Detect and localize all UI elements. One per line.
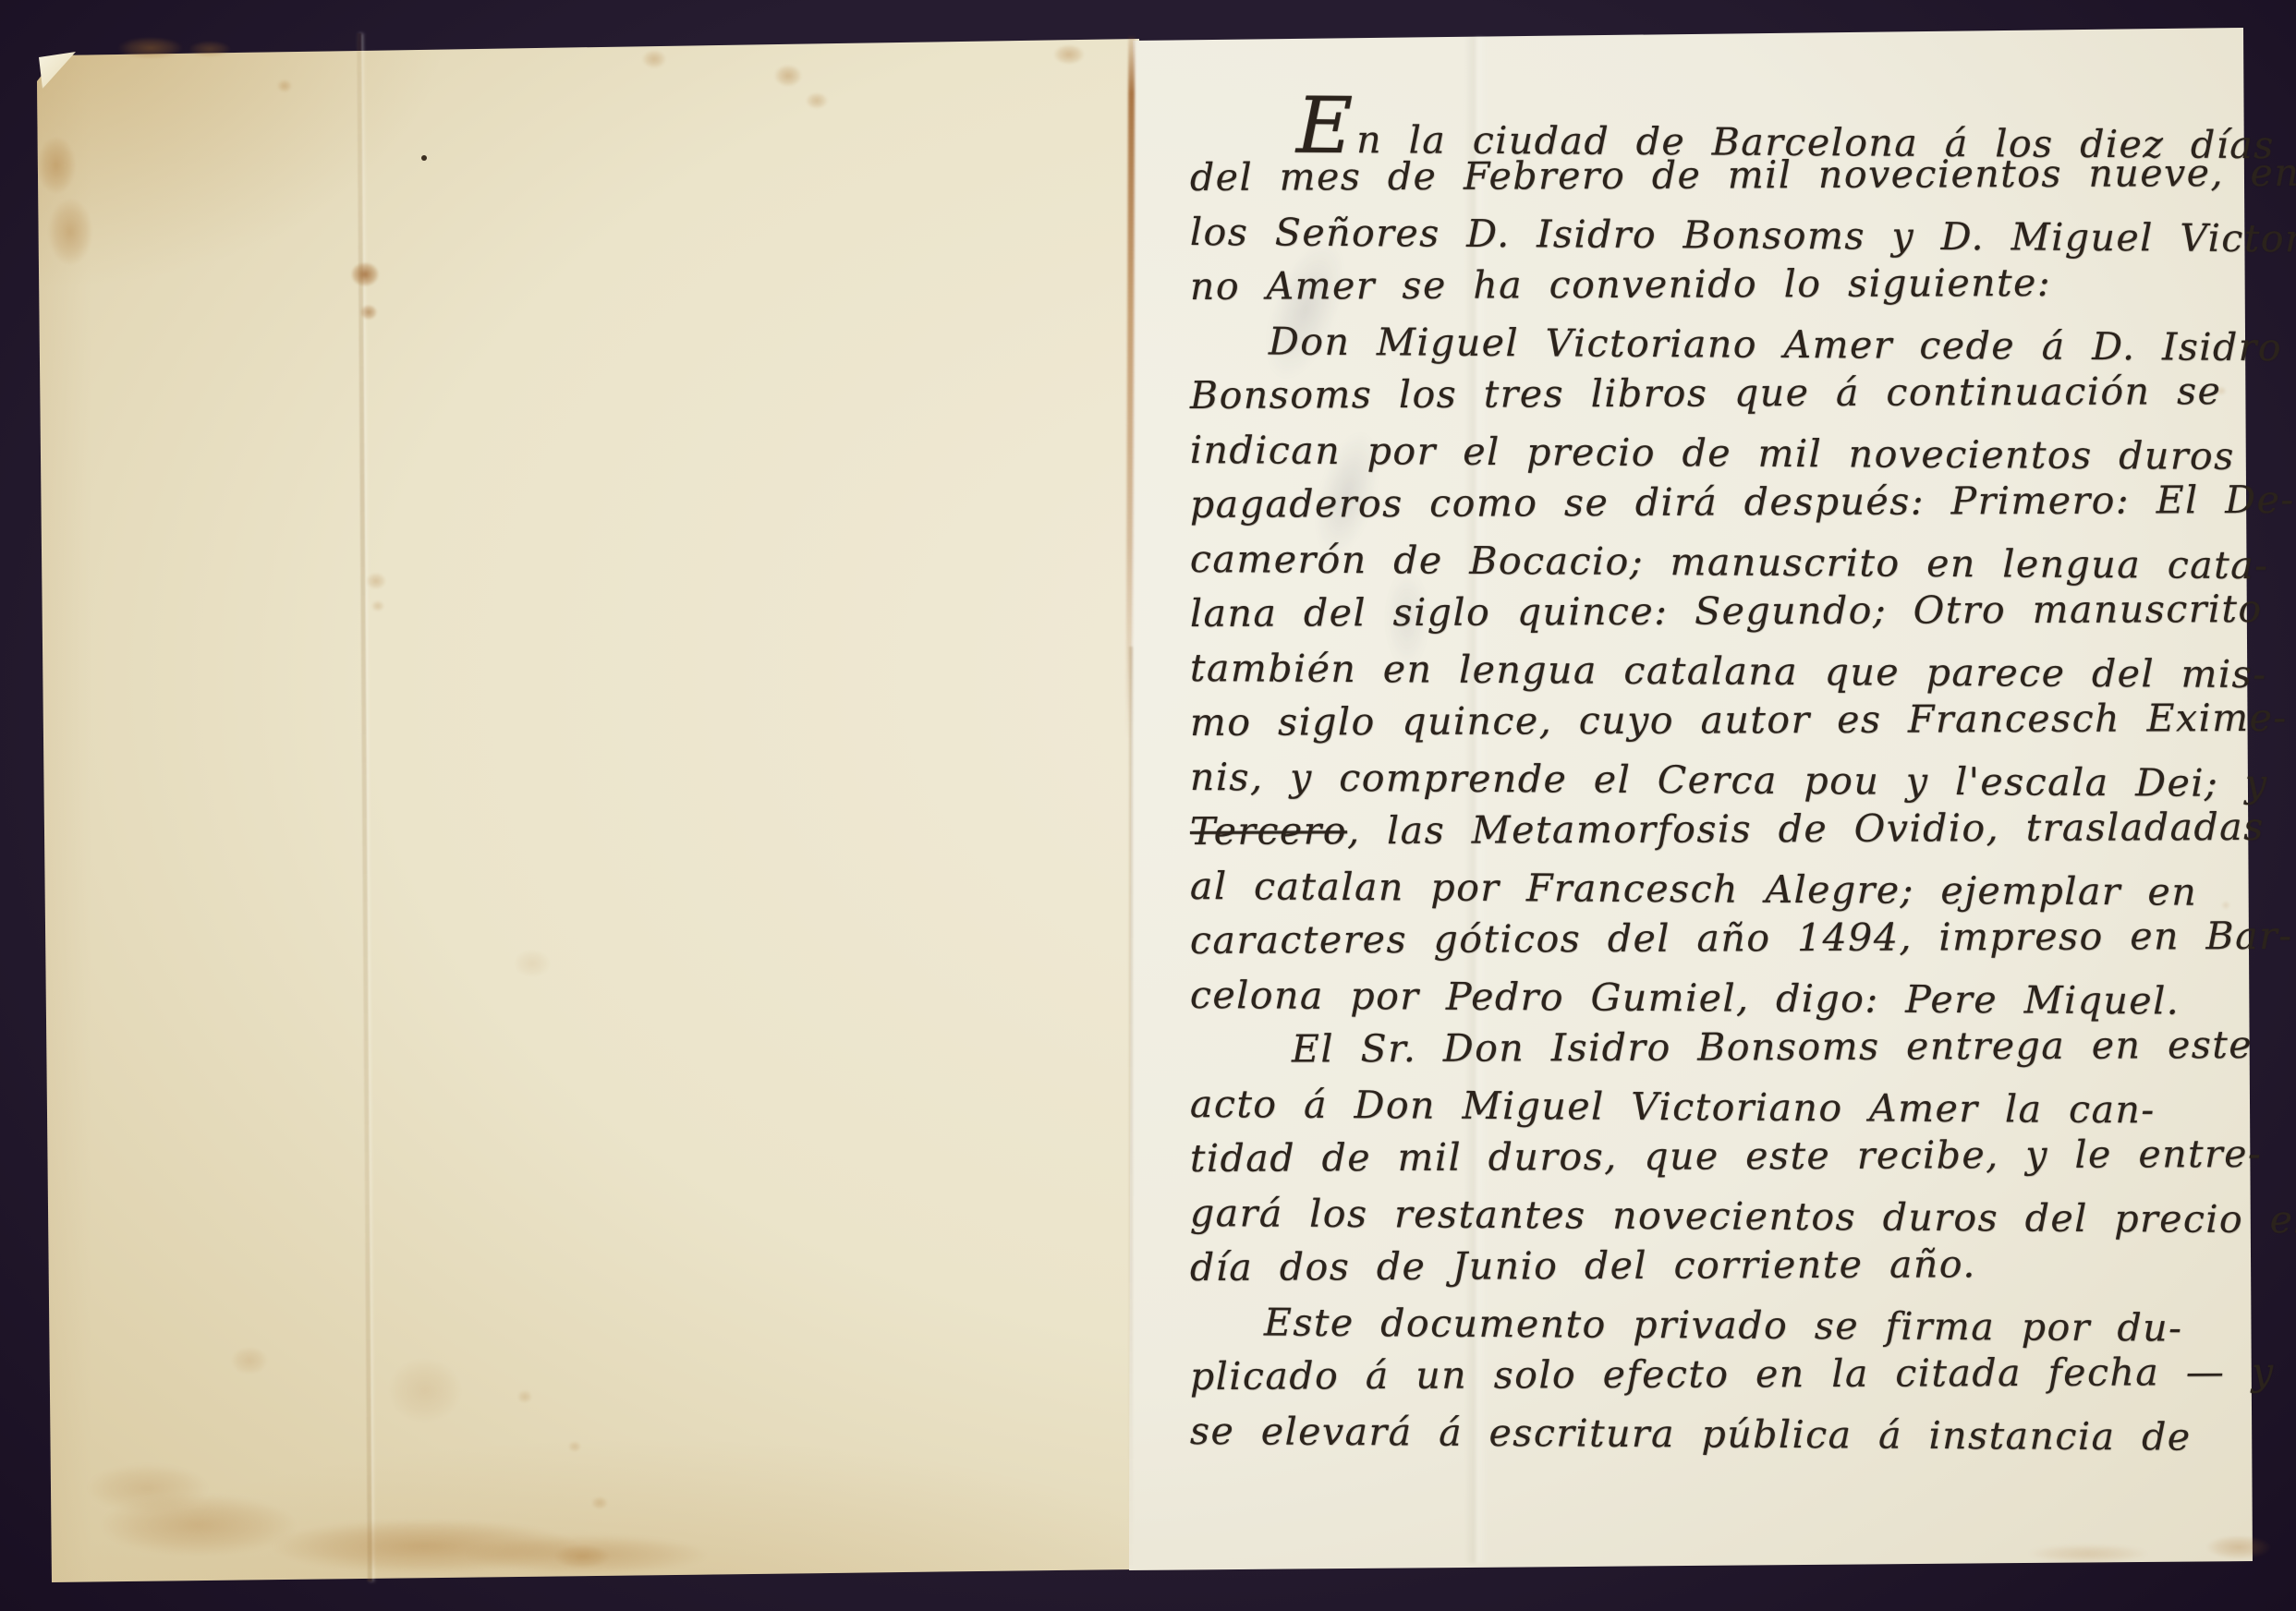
foxing-stain [118, 37, 183, 59]
manuscript-line-18: El Sr. Don Isidro Bonsoms entrega en est… [1190, 1018, 2266, 1077]
manuscript-line-22: día dos de Junio del corriente año. [1190, 1236, 2266, 1295]
foxing-stain [37, 137, 76, 194]
foxing-stain [188, 41, 231, 57]
foxing-stain [351, 262, 379, 286]
foxing-stain [642, 50, 666, 68]
foxing-stain [517, 1390, 532, 1403]
foxing-stain [231, 1347, 268, 1375]
manuscript-line-14: Tercero, las Metamorfosis de Ovidio, tra… [1190, 800, 2266, 859]
struck-word: Tercero [1190, 808, 1347, 854]
foxing-stain [806, 92, 828, 109]
scan-background-mat: En la ciudad de Barcelona á los diez día… [0, 0, 2296, 1611]
manuscript-line-16: caracteres góticos del año 1494, impreso… [1190, 909, 2266, 968]
foxing-stain [277, 79, 292, 92]
foxing-stain [568, 1441, 581, 1452]
foxing-stain [2028, 1544, 2148, 1563]
foxing-stain [388, 1358, 462, 1423]
foxing-stain [554, 1544, 610, 1569]
manuscript-line-4: no Amer se ha convenido lo siguiente: [1190, 255, 2266, 314]
manuscript-line-14-rest: , las Metamorfosis de Ovidio, trasladada… [1347, 805, 2265, 853]
manuscript-line-2: del mes de Febrero de mil novecientos nu… [1190, 146, 2266, 205]
manuscript-line-25: se elevará á escritura pública á instanc… [1190, 1404, 2266, 1465]
manuscript-line-10: lana del siglo quince: Segundo; Otro man… [1190, 582, 2266, 641]
foxing-stain [366, 573, 386, 589]
foxing-stain [514, 950, 551, 977]
manuscript-line-24: plicado á un solo efecto en la citada fe… [1190, 1345, 2266, 1404]
manuscript-line-20: tidad de mil duros, que este recibe, y l… [1190, 1127, 2266, 1186]
manuscript-line-6: Bonsoms los tres libros que á continuaci… [1190, 364, 2266, 423]
foxing-stain [591, 1496, 608, 1509]
manuscript-line-8: pagaderos como se dirá después: Primero:… [1190, 473, 2266, 532]
foxing-stain [2206, 1535, 2271, 1559]
ink-speck [421, 155, 427, 161]
manuscript-line-12: mo siglo quince, cuyo autor es Francesch… [1190, 691, 2266, 750]
foxing-stain [102, 1495, 296, 1556]
foxing-stain [371, 600, 384, 612]
foxing-stain [774, 65, 802, 87]
foxing-stain [48, 199, 92, 265]
foxing-stain [1053, 44, 1085, 65]
manuscript-text: En la ciudad de Barcelona á los diez día… [1190, 96, 2266, 1459]
foxing-stain [360, 305, 377, 320]
